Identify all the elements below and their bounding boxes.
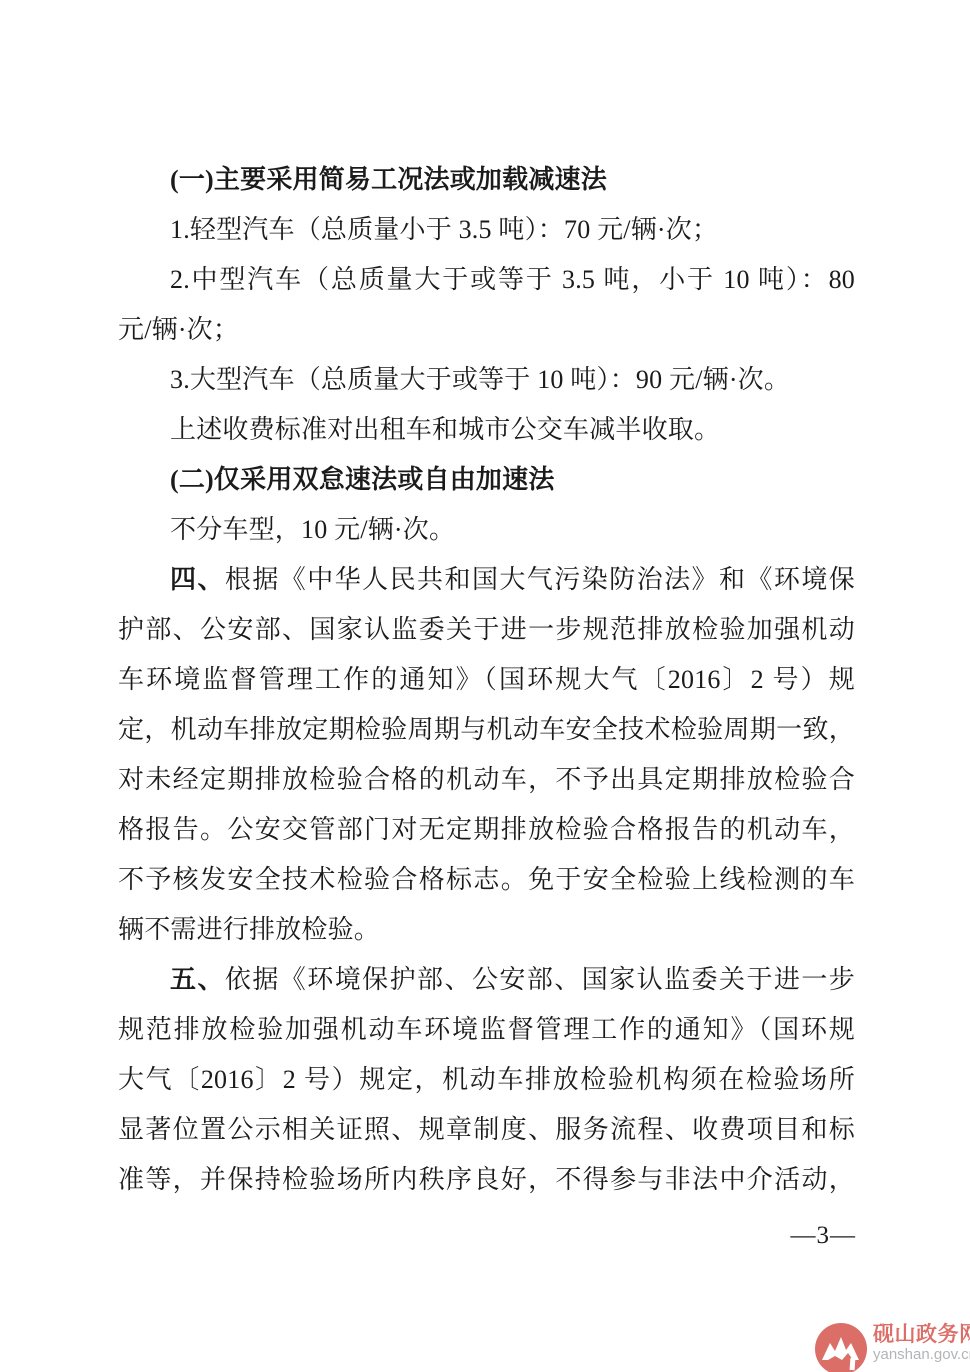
text-line: 四、根据《中华人民共和国大气污染防治法》和《环境保 bbox=[118, 555, 855, 605]
text-line: 对未经定期排放检验合格的机动车，不予出具定期排放检验合 bbox=[118, 755, 855, 805]
line-text: 大气〔2016〕2 号）规定，机动车排放检验机构须在检验场所 bbox=[118, 1065, 855, 1094]
text-line: 不予核发安全技术检验合格标志。免于安全检验上线检测的车 bbox=[118, 855, 855, 905]
text-line: 车环境监督管理工作的通知》（国环规大气〔2016〕2 号）规 bbox=[118, 655, 855, 705]
watermark-text-block: 砚山政务网 yanshan.gov.cn bbox=[873, 1323, 970, 1363]
line-text: 依据《环境保护部、公安部、国家认监委关于进一步 bbox=[225, 965, 855, 994]
site-watermark: 砚山政务网 yanshan.gov.cn bbox=[815, 1323, 970, 1372]
line-text: 格报告。公安交管部门对无定期排放检验合格报告的机动车， bbox=[118, 815, 855, 844]
text-line: 规范排放检验加强机动车环境监督管理工作的通知》（国环规 bbox=[118, 1005, 855, 1055]
text-line: (一)主要采用简易工况法或加载减速法 bbox=[118, 155, 855, 205]
line-text: 2.中型汽车（总质量大于或等于 3.5 吨，小于 10 吨）：80 bbox=[170, 265, 855, 294]
line-text: 辆不需进行排放检验。 bbox=[118, 915, 380, 944]
line-text: 3.大型汽车（总质量大于或等于 10 吨）：90 元/辆·次。 bbox=[170, 365, 790, 394]
page-number: —3— bbox=[791, 1222, 857, 1250]
paragraph-number-lead: 五、 bbox=[170, 965, 225, 994]
line-text: 准等，并保持检验场所内秩序良好，不得参与非法中介活动， bbox=[118, 1165, 855, 1194]
line-text: 不分车型，10 元/辆·次。 bbox=[170, 515, 455, 544]
paragraph-number-lead: 四、 bbox=[170, 565, 225, 594]
line-text: (一)主要采用简易工况法或加载减速法 bbox=[170, 165, 607, 194]
line-text: 元/辆·次； bbox=[118, 315, 239, 344]
line-text: 1.轻型汽车（总质量小于 3.5 吨）：70 元/辆·次； bbox=[170, 215, 718, 244]
document-body: (一)主要采用简易工况法或加载减速法1.轻型汽车（总质量小于 3.5 吨）：70… bbox=[118, 155, 855, 1205]
watermark-site-url: yanshan.gov.cn bbox=[873, 1347, 970, 1363]
watermark-site-name: 砚山政务网 bbox=[873, 1323, 970, 1347]
text-line: 3.大型汽车（总质量大于或等于 10 吨）：90 元/辆·次。 bbox=[118, 355, 855, 405]
text-line: 五、依据《环境保护部、公安部、国家认监委关于进一步 bbox=[118, 955, 855, 1005]
line-text: 车环境监督管理工作的通知》（国环规大气〔2016〕2 号）规 bbox=[118, 665, 855, 694]
line-text: 规范排放检验加强机动车环境监督管理工作的通知》（国环规 bbox=[118, 1015, 855, 1044]
text-line: 定，机动车排放定期检验周期与机动车安全技术检验周期一致， bbox=[118, 705, 855, 755]
text-line: 上述收费标准对出租车和城市公交车减半收取。 bbox=[118, 405, 855, 455]
text-line: 不分车型，10 元/辆·次。 bbox=[118, 505, 855, 555]
text-line: 2.中型汽车（总质量大于或等于 3.5 吨，小于 10 吨）：80 bbox=[118, 255, 855, 305]
text-line: 大气〔2016〕2 号）规定，机动车排放检验机构须在检验场所 bbox=[118, 1055, 855, 1105]
text-line: 护部、公安部、国家认监委关于进一步规范排放检验加强机动 bbox=[118, 605, 855, 655]
text-line: 准等，并保持检验场所内秩序良好，不得参与非法中介活动， bbox=[118, 1155, 855, 1205]
line-text: 根据《中华人民共和国大气污染防治法》和《环境保 bbox=[225, 565, 855, 594]
document-page: (一)主要采用简易工况法或加载减速法1.轻型汽车（总质量小于 3.5 吨）：70… bbox=[0, 0, 970, 1372]
line-text: 护部、公安部、国家认监委关于进一步规范排放检验加强机动 bbox=[118, 615, 855, 644]
text-line: (二)仅采用双怠速法或自由加速法 bbox=[118, 455, 855, 505]
line-text: 定，机动车排放定期检验周期与机动车安全技术检验周期一致， bbox=[118, 715, 855, 744]
line-text: (二)仅采用双怠速法或自由加速法 bbox=[170, 465, 555, 494]
text-line: 显著位置公示相关证照、规章制度、服务流程、收费项目和标 bbox=[118, 1105, 855, 1155]
text-line: 格报告。公安交管部门对无定期排放检验合格报告的机动车， bbox=[118, 805, 855, 855]
text-line: 1.轻型汽车（总质量小于 3.5 吨）：70 元/辆·次； bbox=[118, 205, 855, 255]
line-text: 不予核发安全技术检验合格标志。免于安全检验上线检测的车 bbox=[118, 865, 855, 894]
line-text: 上述收费标准对出租车和城市公交车减半收取。 bbox=[170, 415, 720, 444]
line-text: 显著位置公示相关证照、规章制度、服务流程、收费项目和标 bbox=[118, 1115, 855, 1144]
mountain-icon bbox=[815, 1323, 867, 1372]
line-text: 对未经定期排放检验合格的机动车，不予出具定期排放检验合 bbox=[118, 765, 855, 794]
text-line: 辆不需进行排放检验。 bbox=[118, 905, 855, 955]
text-line: 元/辆·次； bbox=[118, 305, 855, 355]
